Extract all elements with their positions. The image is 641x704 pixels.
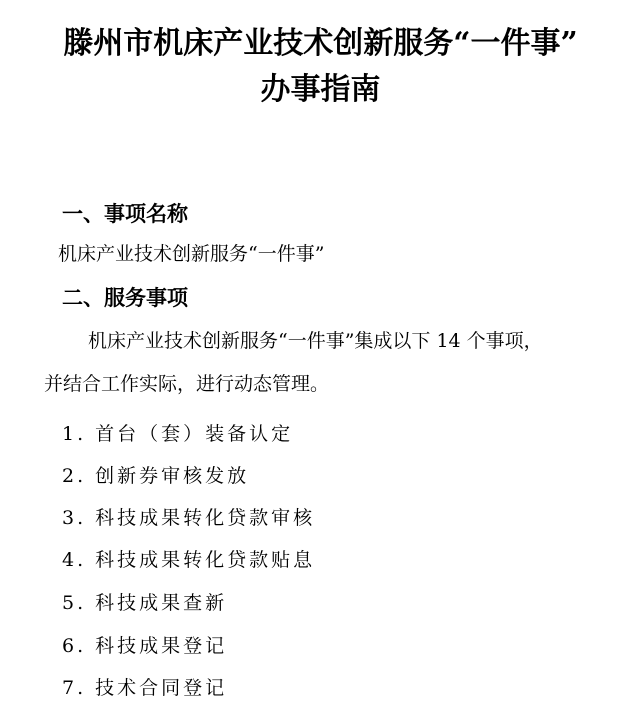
service-list-item: 2. 创新券审核发放	[62, 462, 249, 490]
item-name-text: 机床产业技术创新服务“一件事”	[58, 240, 324, 268]
service-list-item: 4. 科技成果转化贷款贴息	[62, 546, 315, 574]
service-list-item: 1. 首台（套）装备认定	[62, 420, 293, 448]
service-list-item: 3. 科技成果转化贷款审核	[62, 504, 315, 532]
service-list-item: 6. 科技成果登记	[62, 632, 227, 660]
service-list-item: 7. 技术合同登记	[62, 674, 227, 702]
section-heading-service-items: 二、服务事项	[62, 284, 188, 312]
page-title-line-2: 办事指南	[0, 70, 641, 110]
section-heading-item-name: 一、事项名称	[62, 200, 188, 228]
service-intro-line-1: 机床产业技术创新服务“一件事”集成以下 14 个事项，	[88, 327, 543, 355]
service-intro-line-2: 并结合工作实际，进行动态管理。	[44, 370, 329, 398]
page-title-line-1: 滕州市机床产业技术创新服务“一件事”	[0, 24, 641, 64]
service-list-item: 5. 科技成果查新	[62, 589, 227, 617]
